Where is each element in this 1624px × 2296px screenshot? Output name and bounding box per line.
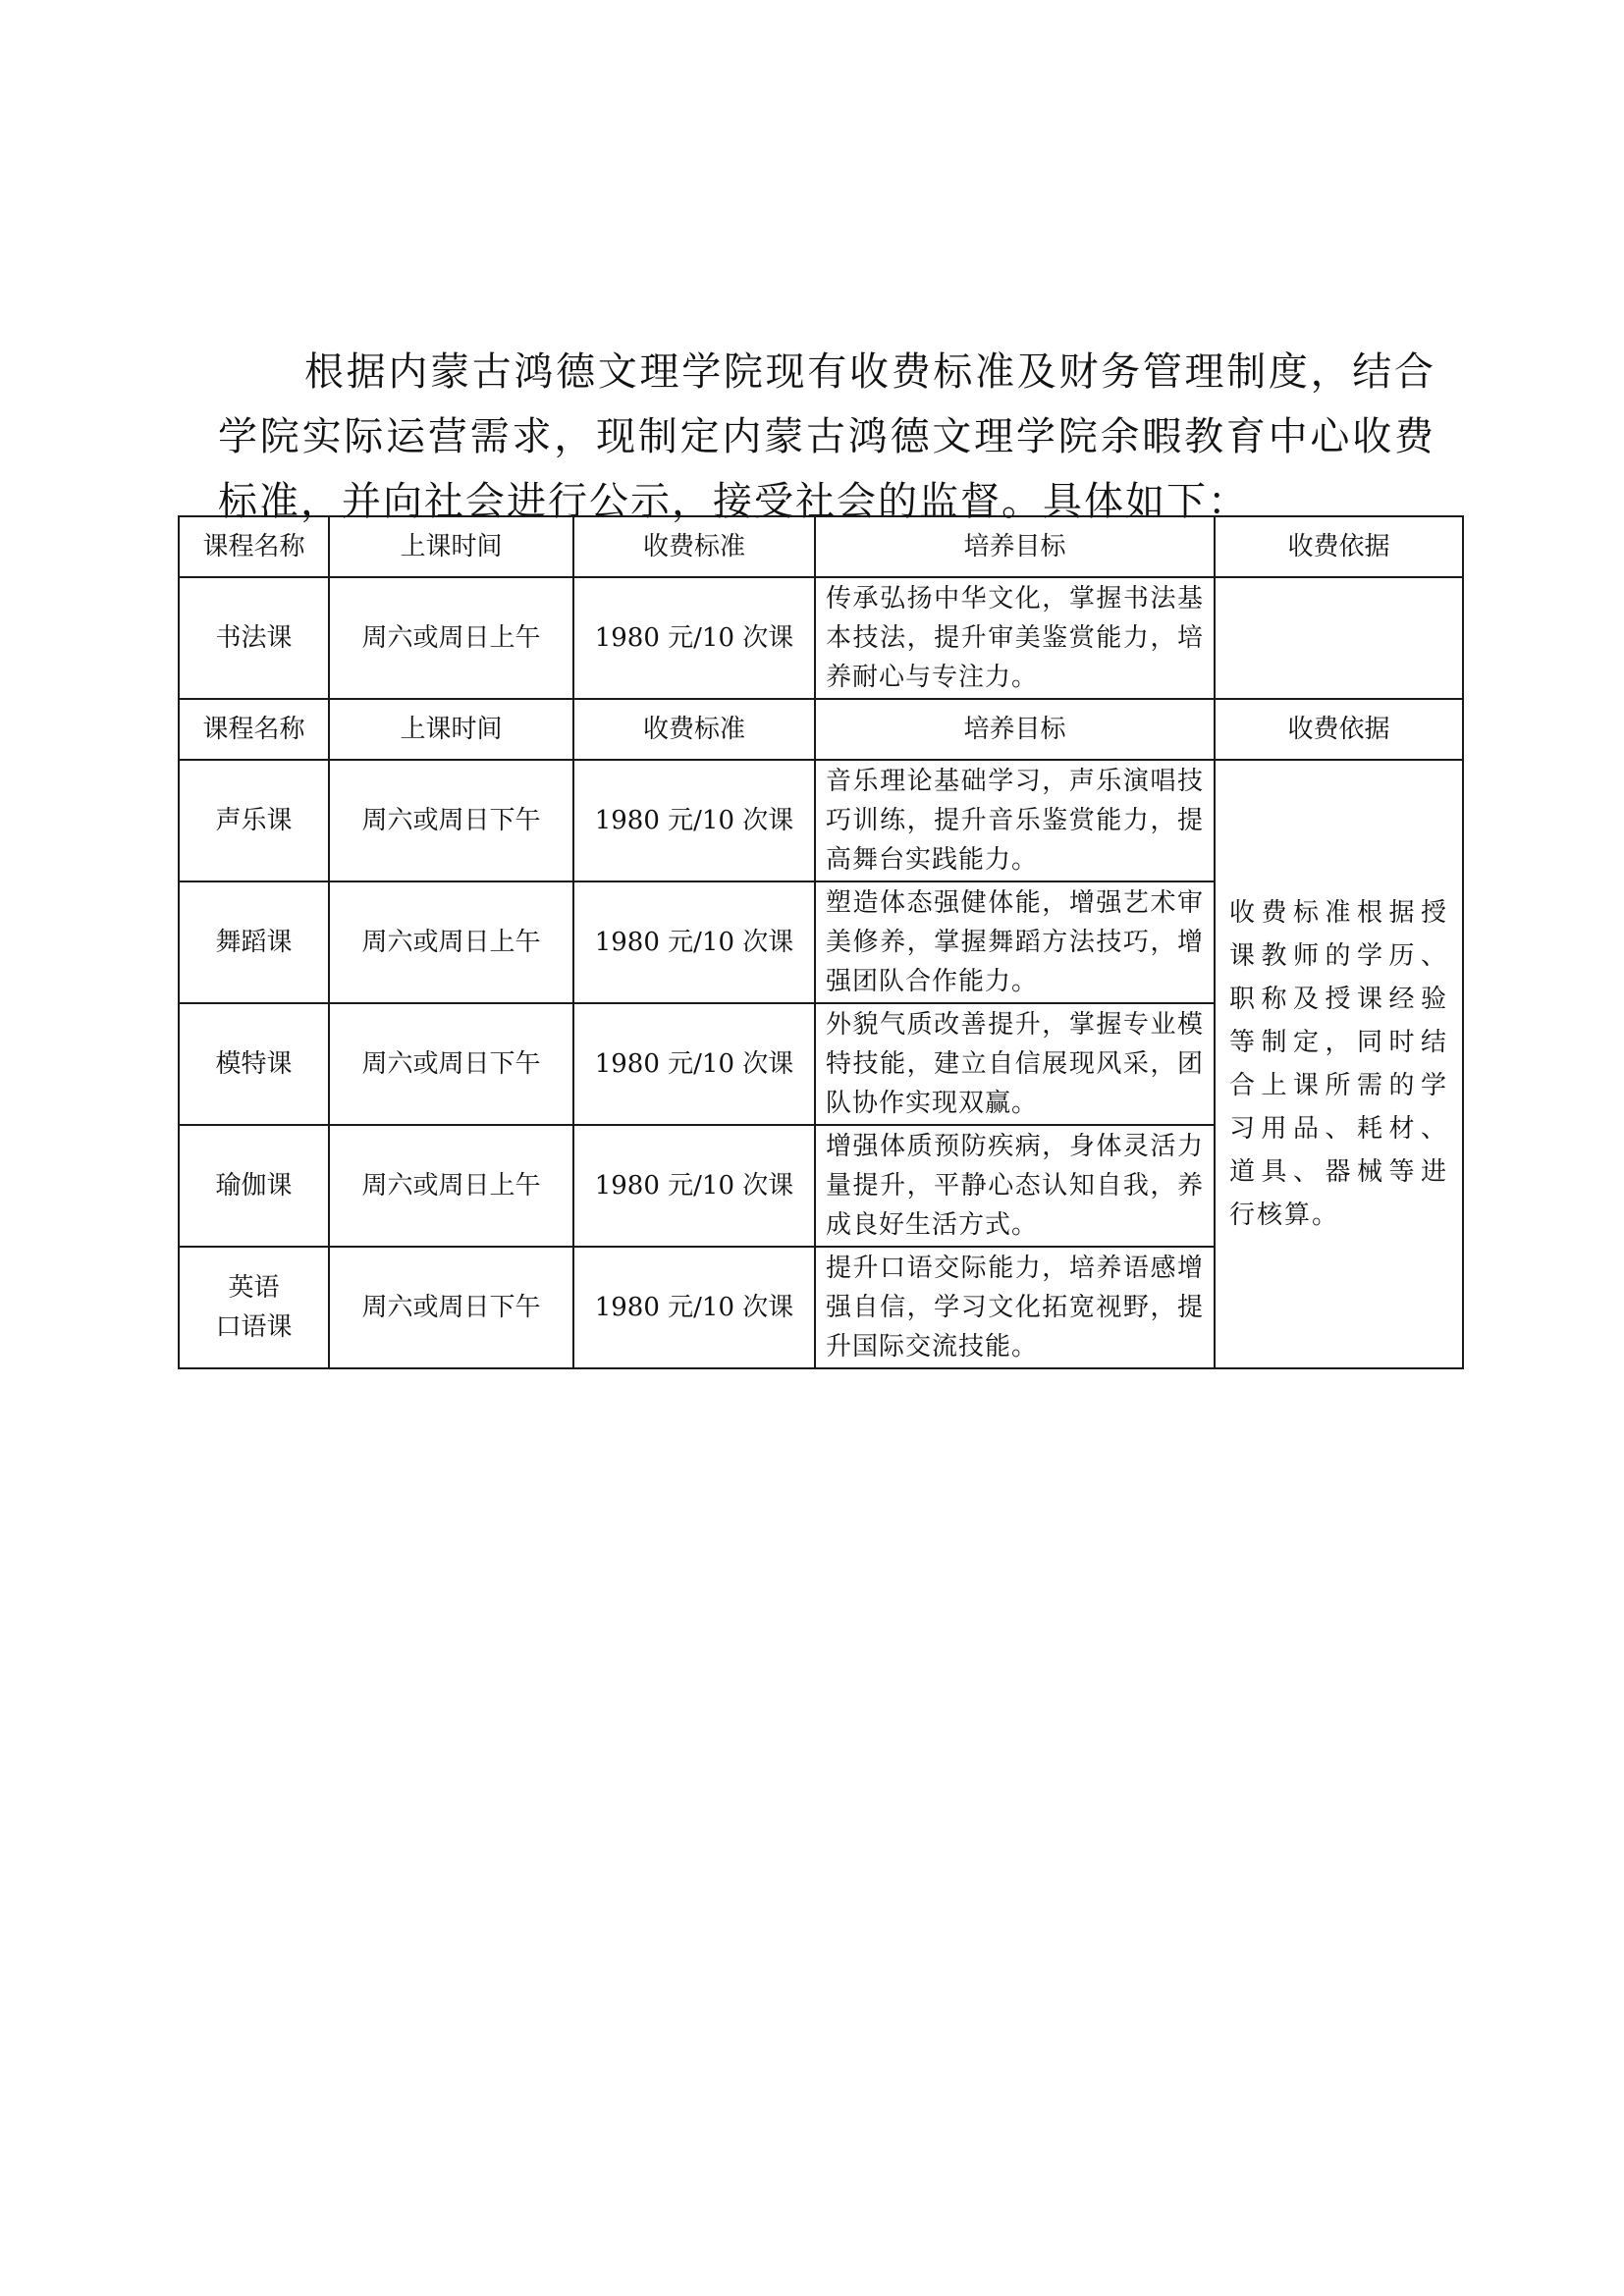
intro-paragraph: 根据内蒙古鸿德文理学院现有收费标准及财务管理制度，结合学院实际运营需求，现制定内…	[218, 340, 1435, 534]
training-goal: 提升口语交际能力，培养语感增强自信，学习文化拓宽视野，提升国际交流技能。	[815, 1247, 1215, 1368]
course-name: 瑜伽课	[179, 1125, 329, 1247]
course-name: 模特课	[179, 1003, 329, 1125]
fee: 1980 元/10 次课	[573, 1125, 815, 1247]
training-goal: 音乐理论基础学习，声乐演唱技巧训练，提升音乐鉴赏能力，提高舞台实践能力。	[815, 760, 1215, 881]
header-fee-basis: 收费依据	[1215, 516, 1463, 577]
class-time: 周六或周日上午	[329, 577, 573, 699]
class-time: 周六或周日上午	[329, 881, 573, 1003]
table-row: 声乐课 周六或周日下午 1980 元/10 次课 音乐理论基础学习，声乐演唱技巧…	[179, 760, 1463, 881]
table-header-row: 课程名称 上课时间 收费标准 培养目标 收费依据	[179, 516, 1463, 577]
header-course-name: 课程名称	[179, 516, 329, 577]
course-name-line1: 英语	[180, 1268, 328, 1308]
fee: 1980 元/10 次课	[573, 760, 815, 881]
training-goal: 增强体质预防疾病，身体灵活力量提升，平静心态认知自我，养成良好生活方式。	[815, 1125, 1215, 1247]
fee-basis	[1215, 577, 1463, 699]
class-time: 周六或周日下午	[329, 760, 573, 881]
header-class-time: 上课时间	[329, 699, 573, 760]
fee: 1980 元/10 次课	[573, 1247, 815, 1368]
course-name: 声乐课	[179, 760, 329, 881]
header-class-time: 上课时间	[329, 516, 573, 577]
header-fee-standard: 收费标准	[573, 699, 815, 760]
class-time: 周六或周日下午	[329, 1003, 573, 1125]
header-course-name: 课程名称	[179, 699, 329, 760]
fee: 1980 元/10 次课	[573, 881, 815, 1003]
table-header-row: 课程名称 上课时间 收费标准 培养目标 收费依据	[179, 699, 1463, 760]
header-training-goal: 培养目标	[815, 516, 1215, 577]
training-goal: 传承弘扬中华文化，掌握书法基本技法，提升审美鉴赏能力，培养耐心与专注力。	[815, 577, 1215, 699]
course-name: 英语 口语课	[179, 1247, 329, 1368]
course-name: 舞蹈课	[179, 881, 329, 1003]
course-name-line2: 口语课	[180, 1308, 328, 1347]
table-row: 书法课 周六或周日上午 1980 元/10 次课 传承弘扬中华文化，掌握书法基本…	[179, 577, 1463, 699]
fee: 1980 元/10 次课	[573, 577, 815, 699]
training-goal: 塑造体态强健体能，增强艺术审美修养，掌握舞蹈方法技巧，增强团队合作能力。	[815, 881, 1215, 1003]
header-fee-basis: 收费依据	[1215, 699, 1463, 760]
class-time: 周六或周日上午	[329, 1125, 573, 1247]
course-name: 书法课	[179, 577, 329, 699]
header-training-goal: 培养目标	[815, 699, 1215, 760]
header-fee-standard: 收费标准	[573, 516, 815, 577]
training-goal: 外貌气质改善提升，掌握专业模特技能，建立自信展现风采，团队协作实现双赢。	[815, 1003, 1215, 1125]
class-time: 周六或周日下午	[329, 1247, 573, 1368]
fee: 1980 元/10 次课	[573, 1003, 815, 1125]
fee-table: 课程名称 上课时间 收费标准 培养目标 收费依据 书法课 周六或周日上午 198…	[178, 515, 1464, 1369]
fee-basis: 收费标准根据授课教师的学历、职称及授课经验等制定，同时结合上课所需的学习用品、耗…	[1215, 760, 1463, 1368]
